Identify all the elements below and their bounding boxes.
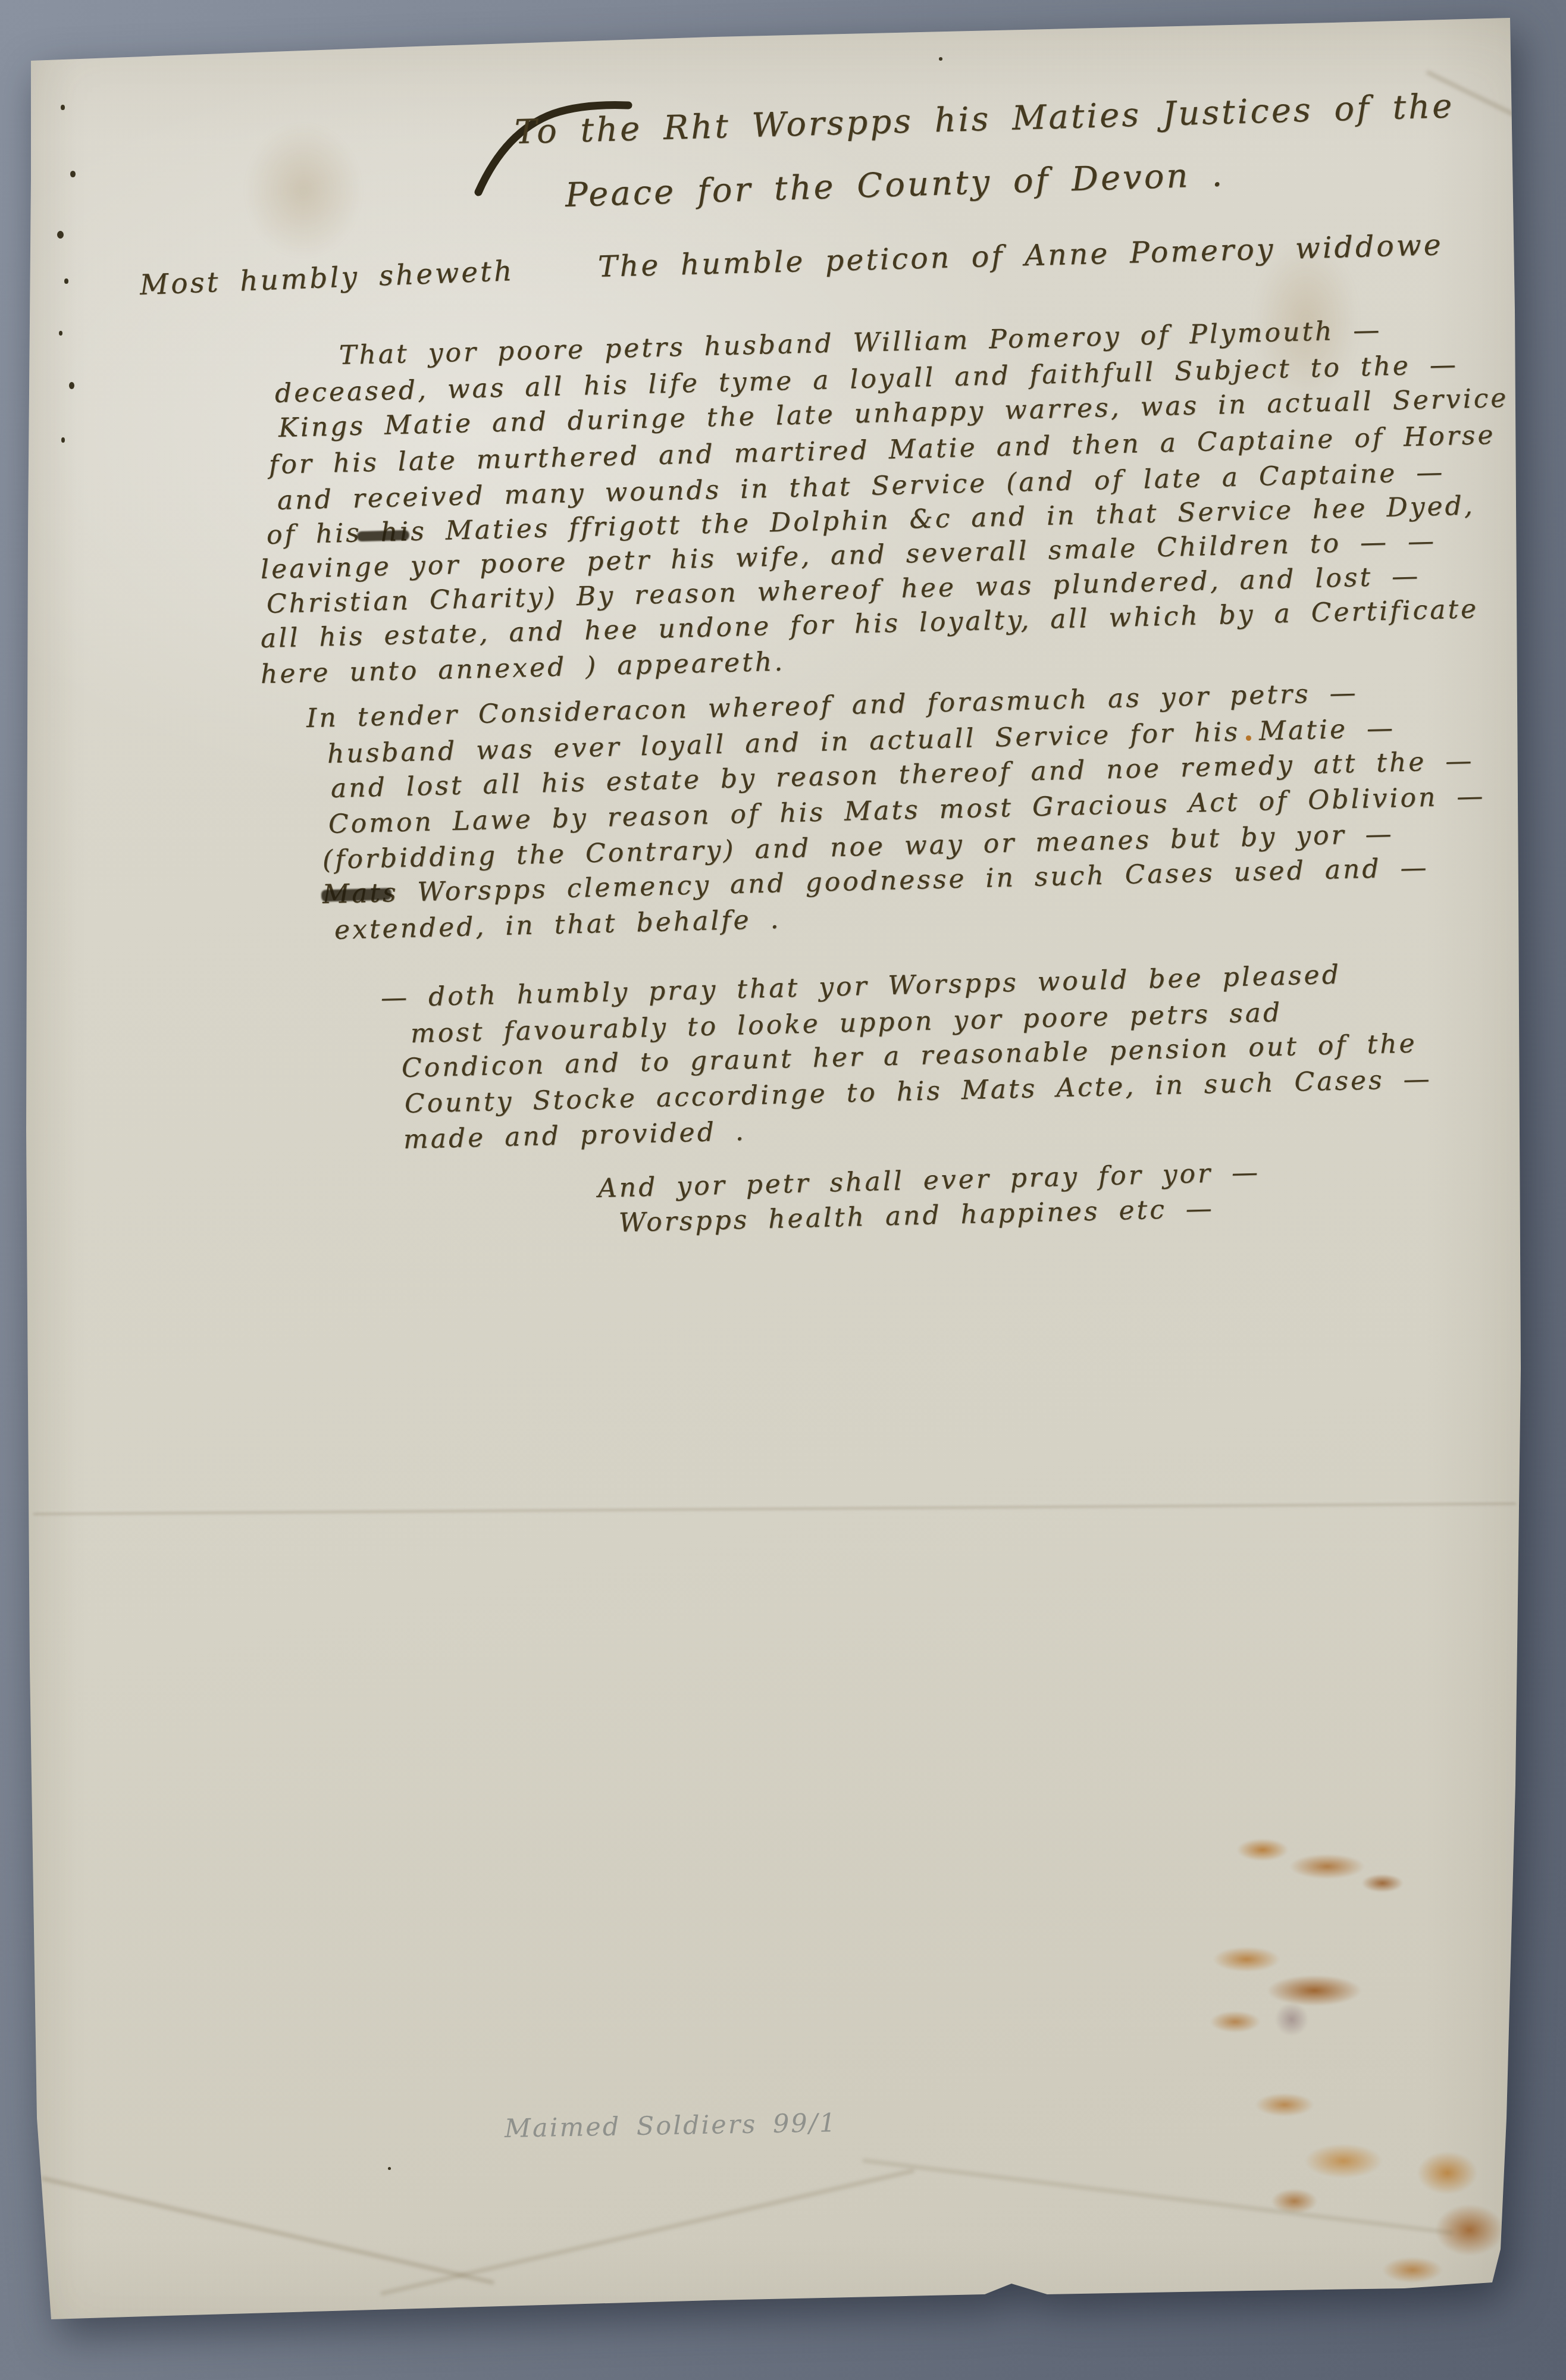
fold-crease [380,2169,914,2296]
fold-crease [41,2177,494,2284]
manuscript-line: extended, in that behalfe . [334,904,781,945]
ink-speck [69,382,74,389]
ink-speck [61,437,65,443]
fold-crease [33,1501,1516,1517]
manuscript-line: made and provided . [403,1116,746,1155]
rust-stain [1380,2130,1529,2273]
archival-reference-annotation: Maimed Soldiers 99/1 [505,2108,838,2144]
rust-stain [1363,2237,1487,2303]
rust-stain [1226,2065,1422,2225]
age-stain [226,101,381,280]
manuscript-line: To the Rht Worspps his Maties Justices o… [514,87,1455,152]
manuscript-page: To the Rht Worspps his Maties Justices o… [0,0,1566,2380]
ink-speck [70,171,76,177]
manuscript-line: The humble peticon of Anne Pomeroy widdo… [597,228,1443,284]
photo-background: To the Rht Worspps his Maties Justices o… [0,0,1566,2380]
ink-speck [939,57,942,61]
archival-photograph: { "colors": { "ink": "#44391f", "paper":… [0,0,1566,2380]
ink-speck [64,278,68,284]
rust-stain [1190,1922,1416,2047]
ink-strikethrough [357,530,409,541]
manuscript-line: Peace for the County of Devon . [565,155,1225,215]
rust-stain [1226,1821,1410,1904]
ink-speck [388,2167,391,2170]
ink-speck [59,331,62,336]
ink-speck [57,231,64,239]
fold-crease [863,2159,1454,2235]
manuscript-page-wrap: To the Rht Worspps his Maties Justices o… [0,0,1566,2380]
manuscript-line: Most humbly sheweth [139,255,515,302]
ink-speck [61,105,65,110]
ink-strikethrough [321,888,392,901]
manuscript-line: here unto annexed ) appeareth. [260,646,785,690]
